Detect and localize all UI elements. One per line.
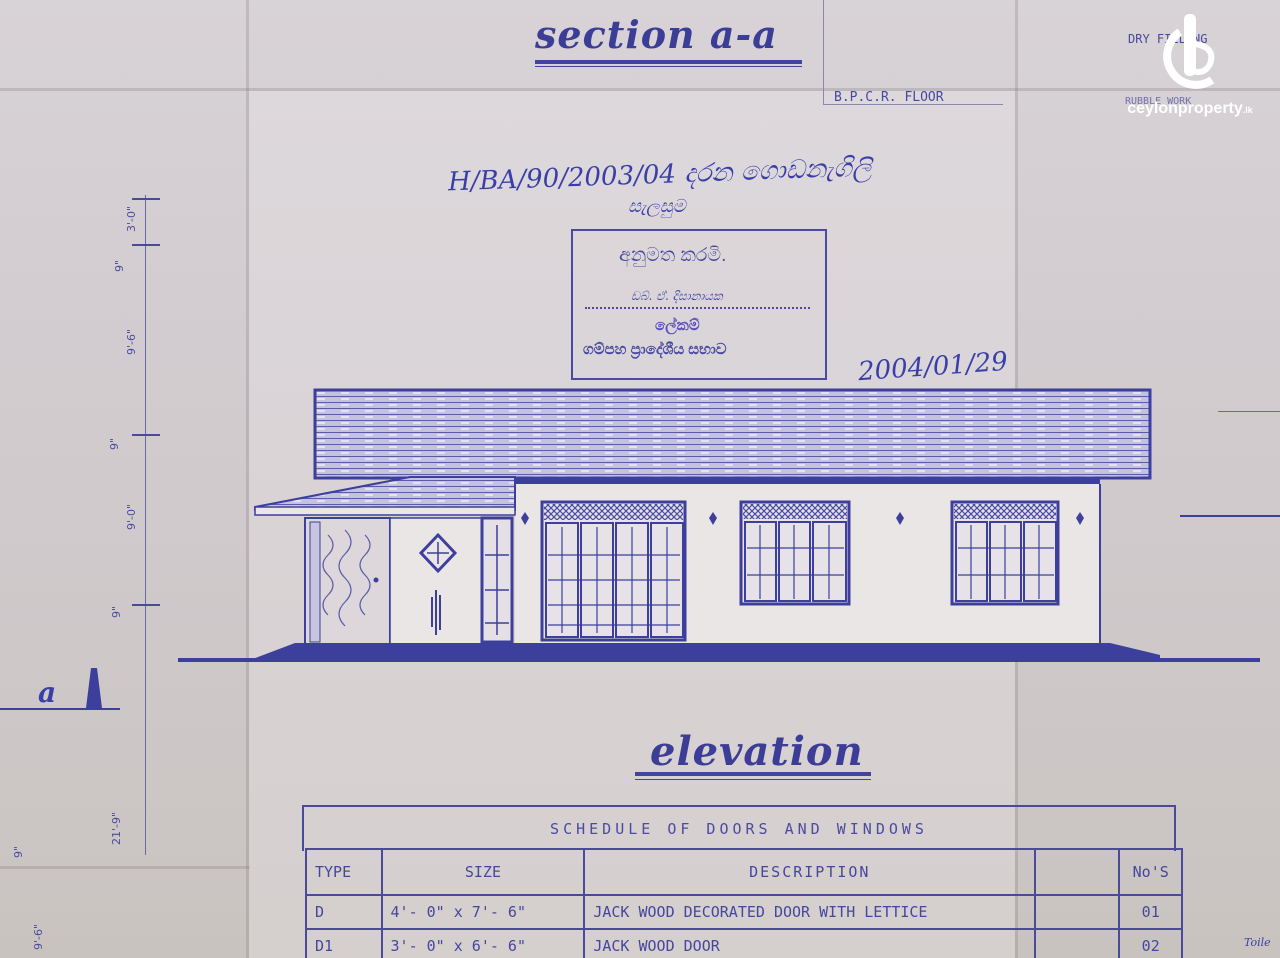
row-blank bbox=[1035, 895, 1119, 929]
row-blank bbox=[1035, 929, 1119, 958]
stamp-title: අනුමත කරමි. bbox=[619, 245, 726, 267]
section-title-underline-thin bbox=[535, 66, 802, 67]
approval-reference-line-2: සැලසුම bbox=[628, 196, 686, 217]
stamp-authority: ගම්පහ ප්‍රාදේශීය සභාව bbox=[583, 341, 727, 358]
dimension-label: 9" bbox=[108, 438, 121, 450]
stamp-signature: ඩබ්. ඒ. දිසානායක bbox=[631, 289, 723, 304]
stamp-role: ලේකම් bbox=[655, 317, 700, 334]
approval-stamp: අනුමත කරමි. ඩබ්. ඒ. දිසානායක ලේකම් ගම්පහ… bbox=[571, 229, 827, 380]
section-marker-label: a bbox=[38, 676, 56, 709]
stamp-signature-line bbox=[585, 307, 810, 309]
row-size: 4'- 0" x 7'- 6" bbox=[382, 895, 585, 929]
dimension-label: 9" bbox=[113, 260, 126, 272]
dimension-label: 3'-0" bbox=[125, 206, 138, 232]
bpcr-floor-label: B.P.C.R. FLOOR bbox=[834, 90, 944, 105]
dimension-tick bbox=[132, 198, 160, 200]
right-edge-line bbox=[1180, 515, 1280, 517]
row-size: 3'- 0" x 6'- 6" bbox=[382, 929, 585, 958]
ceylonproperty-watermark: ceylonproperty.lk bbox=[1105, 10, 1275, 130]
section-divider-line bbox=[823, 0, 824, 105]
row-qty: 02 bbox=[1119, 929, 1182, 958]
section-marker-arrow-icon bbox=[84, 668, 104, 708]
schedule-table: TYPE SIZE DESCRIPTION No'S D 4'- 0" x 7'… bbox=[305, 848, 1183, 958]
header-blank bbox=[1035, 849, 1119, 895]
elevation-title-underline-thin bbox=[635, 779, 871, 780]
header-size: SIZE bbox=[382, 849, 585, 895]
section-marker-line bbox=[0, 708, 120, 710]
ceylonproperty-logo-icon bbox=[1150, 10, 1230, 98]
dimension-label: 9'-0" bbox=[125, 504, 138, 530]
row-qty: 01 bbox=[1119, 895, 1182, 929]
table-row: D 4'- 0" x 7'- 6" JACK WOOD DECORATED DO… bbox=[306, 895, 1182, 929]
schedule-title: SCHEDULE OF DOORS AND WINDOWS bbox=[302, 805, 1176, 851]
section-title: section a-a bbox=[535, 12, 778, 57]
dimension-tick bbox=[132, 604, 160, 606]
header-type: TYPE bbox=[306, 849, 382, 895]
dimension-tick bbox=[132, 434, 160, 436]
section-title-underline bbox=[535, 60, 802, 64]
table-row: D1 3'- 0" x 6'- 6" JACK WOOD DOOR 02 bbox=[306, 929, 1182, 958]
right-edge-note: Toile bbox=[1244, 936, 1271, 949]
right-edge-line-thin bbox=[1218, 411, 1280, 412]
row-description: JACK WOOD DECORATED DOOR WITH LETTICE bbox=[584, 895, 1035, 929]
schedule-header-row: TYPE SIZE DESCRIPTION No'S bbox=[306, 849, 1182, 895]
dimension-line-vertical bbox=[145, 195, 146, 855]
row-description: JACK WOOD DOOR bbox=[584, 929, 1035, 958]
dimension-label: 9'-6" bbox=[125, 329, 138, 355]
bpcr-floor-line bbox=[823, 104, 1003, 105]
dimension-label: 9" bbox=[12, 846, 25, 858]
header-qty: No'S bbox=[1119, 849, 1182, 895]
watermark-tld: .lk bbox=[1243, 105, 1253, 115]
row-type: D bbox=[306, 895, 382, 929]
elevation-title-underline bbox=[635, 772, 871, 776]
dimension-tick bbox=[132, 244, 160, 246]
row-type: D1 bbox=[306, 929, 382, 958]
dimension-label: 21'-9" bbox=[110, 812, 123, 845]
dimension-label: 9'-6" bbox=[32, 924, 45, 950]
house-elevation-drawing bbox=[170, 385, 1270, 670]
paper-fold-horizontal-bottom bbox=[0, 866, 250, 869]
header-description: DESCRIPTION bbox=[584, 849, 1035, 895]
elevation-title: elevation bbox=[650, 728, 864, 775]
watermark-brand: ceylonproperty bbox=[1127, 100, 1243, 117]
dimension-label: 9" bbox=[110, 606, 123, 618]
